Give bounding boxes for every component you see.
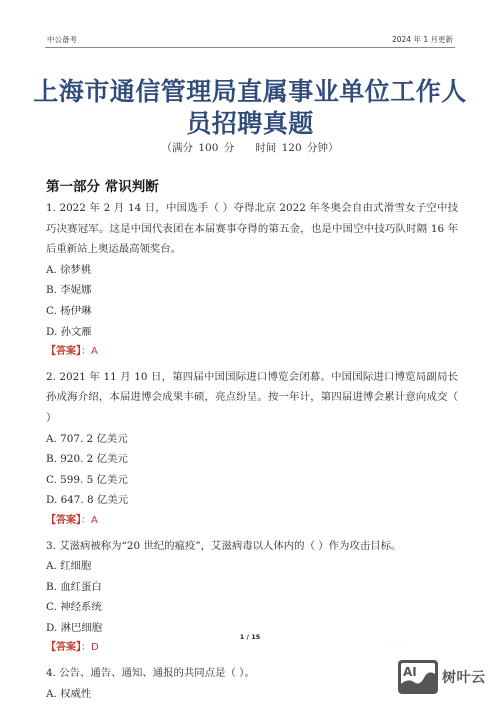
option-a: A. 权威性 [46, 684, 458, 705]
question-text: 4. 公告、通告、通知、通报的共同点是（ ）。 [46, 663, 458, 684]
option-d: D. 647. 8 亿美元 [46, 490, 458, 511]
answer: 【答案】：A [46, 511, 458, 532]
watermark-faint-text: ····· ····· [386, 642, 411, 648]
question-list: 1. 2022 年 2 月 14 日，中国选手（ ）夺得北京 2022 年冬奥会… [46, 198, 458, 707]
option-a: A. 707. 2 亿美元 [46, 429, 458, 450]
svg-text:AI: AI [403, 665, 417, 679]
answer-label: 【答案】 [46, 346, 81, 357]
watermark-brand: 树叶云 [442, 667, 486, 687]
page-header: 中公备考 2024 年 1 月更新 [45, 34, 455, 48]
answer-label: 【答案】 [46, 642, 81, 653]
answer: 【答案】：A [46, 342, 458, 363]
question-2: 2. 2021 年 11 月 10 日，第四届中国国际进口博览会闭幕。中国国际进… [46, 367, 458, 532]
exam-score-time: （满分 100 分 时间 120 分钟） [0, 140, 500, 155]
watermark: AI 树叶云 [398, 660, 486, 694]
option-c: C. 神经系统 [46, 597, 458, 618]
option-b: B. 920. 2 亿美元 [46, 449, 458, 470]
question-text: 1. 2022 年 2 月 14 日，中国选手（ ）夺得北京 2022 年冬奥会… [46, 198, 458, 260]
option-c: C. 杨伊琳 [46, 301, 458, 322]
question-text: 3. 艾滋病被称为“20 世纪的瘟疫”，艾滋病毒以人体内的（ ）作为攻击目标。 [46, 536, 458, 557]
answer-value: ：D [81, 642, 99, 653]
page-number: 1 / 15 [0, 633, 500, 641]
header-update-date: 2024 年 1 月更新 [392, 34, 453, 45]
question-1: 1. 2022 年 2 月 14 日，中国选手（ ）夺得北京 2022 年冬奥会… [46, 198, 458, 363]
option-c: C. 599. 5 亿美元 [46, 470, 458, 491]
option-b: B. 血红蛋白 [46, 577, 458, 598]
option-d: D. 孙文雁 [46, 322, 458, 343]
option-a: A. 红细胞 [46, 556, 458, 577]
header-source: 中公备考 [47, 34, 77, 45]
answer-label: 【答案】 [46, 515, 81, 526]
section-heading: 第一部分 常识判断 [46, 175, 159, 195]
question-text: 2. 2021 年 11 月 10 日，第四届中国国际进口博览会闭幕。中国国际进… [46, 367, 458, 429]
answer-value: ：A [81, 515, 98, 526]
document-title-line-2: 员招聘真题 [20, 108, 480, 140]
question-4: 4. 公告、通告、通知、通报的共同点是（ ）。 A. 权威性 [46, 663, 458, 704]
option-a: A. 徐梦桃 [46, 260, 458, 281]
option-b: B. 李妮娜 [46, 280, 458, 301]
document-title-line-1: 上海市通信管理局直属事业单位工作人 [20, 76, 480, 108]
ai-image-icon: AI [398, 660, 438, 694]
answer-value: ：A [81, 346, 98, 357]
